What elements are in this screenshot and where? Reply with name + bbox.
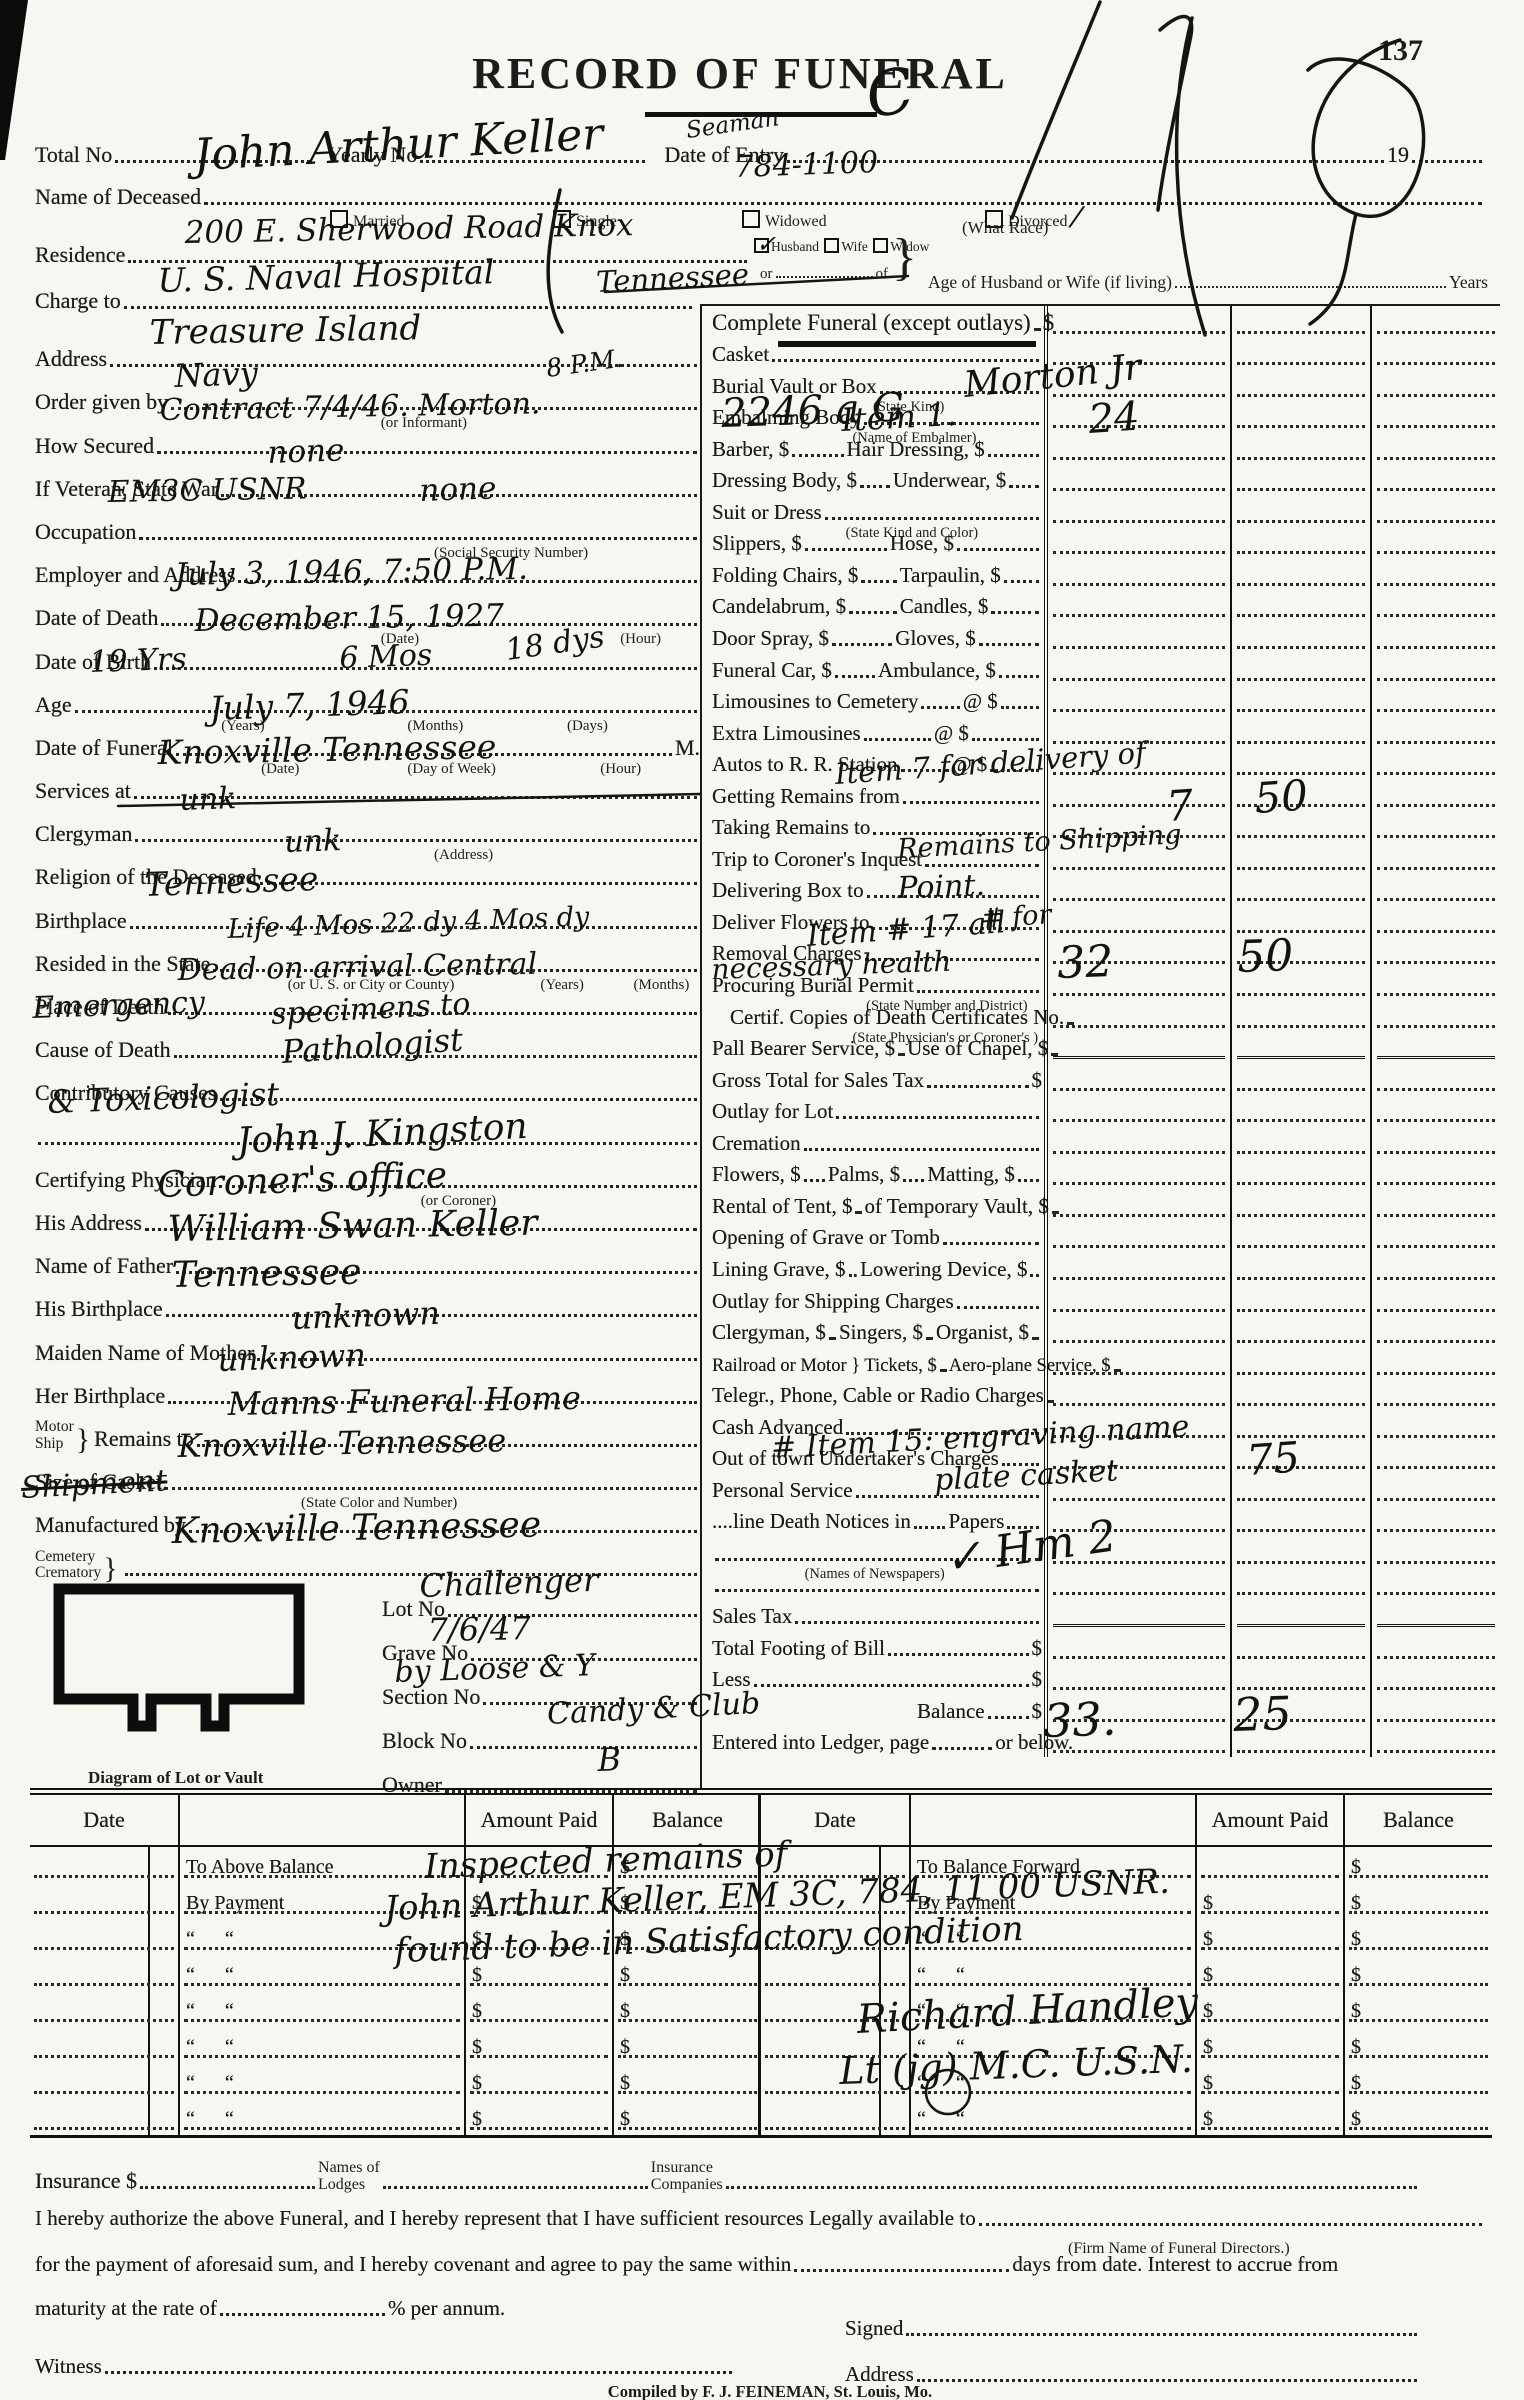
ledger-row: “ “$$ — [761, 2027, 1492, 2063]
field-veteran: If Veteran, State War — [35, 462, 700, 505]
lot-fields: Lot No Grave No Section No Block No Owne… — [382, 1578, 700, 1798]
charge-row-funeral-car: Funeral Car, $Ambulance, $ — [702, 653, 1500, 685]
charge-row-total-footing: Total Footing of Bill$ — [702, 1631, 1500, 1663]
charge-row-folding-chairs: Folding Chairs, $Tarpaulin, $ — [702, 558, 1500, 590]
ledger-row: By Payment$$ — [761, 1883, 1492, 1919]
charge-row-embalming: Embalming Body(Name of Embalmer) — [702, 401, 1500, 433]
married-checkbox — [330, 210, 348, 228]
ledger-amount-header: Amount Paid — [466, 1795, 614, 1845]
ledger-row: “ “$$ — [30, 2027, 758, 2063]
charge-row-taking-remains: Taking Remains to — [702, 811, 1500, 843]
date-of-entry-label: Date of Entry — [664, 142, 784, 168]
charge-row-pall-bearer: Pall Bearer Service, $Use of Chapel, $ — [702, 1032, 1500, 1064]
charge-row-rental-tent: Rental of Tent, $of Temporary Vault, $ — [702, 1189, 1500, 1221]
field-contributory-causes: Contributory Causes — [35, 1066, 700, 1109]
field-size-of-casket: Size of Casket(State Color and Number) — [35, 1455, 700, 1498]
field-age: Age(Years)(Months)(Days) — [35, 678, 700, 721]
charge-row-death-notices: ....line Death Notices inPapers — [702, 1505, 1500, 1537]
spouse-age-row: Age of Husband or Wife (if living) Years — [928, 272, 1488, 293]
charge-row-door-spray: Door Spray, $Gloves, $ — [702, 621, 1500, 653]
field-resided: Resided in the State(or U. S. or City or… — [35, 937, 700, 980]
wife-checkbox — [824, 238, 839, 253]
signed-row: Signed — [845, 2316, 1420, 2341]
field-date-of-birth: Date of Birth — [35, 634, 700, 677]
ledger-desc-header — [180, 1795, 466, 1845]
witness-row: Witness — [35, 2354, 735, 2379]
charge-row-burial-vault: Burial Vault or Box(State Kind) — [702, 369, 1500, 401]
field-mother-name: Maiden Name of Mother — [35, 1325, 700, 1368]
ledger-row: “ “$$ — [761, 2099, 1492, 2135]
authorization-line-3: maturity at the rate of% per annum. — [35, 2296, 625, 2321]
marital-married: Married — [330, 210, 405, 231]
field-block-no: Block No — [382, 1710, 700, 1754]
relation-checkbox-row: Husband Wife Widow — [754, 238, 894, 255]
ledger-right-half: Date Amount Paid Balance To Balance Forw… — [761, 1795, 1492, 2135]
or-label: or — [760, 266, 773, 283]
authorization-line-1: I hereby authorize the above Funeral, an… — [35, 2206, 1485, 2231]
page-title: RECORD OF FUNERAL — [430, 48, 1050, 99]
field-certifying-physician: Certifying Physician(or Coroner) — [35, 1153, 700, 1196]
charge-row-personal-service: Personal Service — [702, 1473, 1500, 1505]
what-race-label: (What Race) — [962, 218, 1048, 238]
charge-row-extra-limousines: Extra Limousines@ $ — [702, 716, 1500, 748]
ledger-row: “ “$$ — [761, 2063, 1492, 2099]
marital-single: Single — [553, 210, 617, 231]
signed-label: Signed — [845, 2316, 903, 2341]
field-employer: Employer and Address — [35, 548, 700, 591]
charge-row-gross-total: Gross Total for Sales Tax$ — [702, 1063, 1500, 1095]
charge-row-cash-advanced: Cash Advanced — [702, 1410, 1500, 1442]
ledger-row: To Above Balance$ — [30, 1847, 758, 1883]
charge-row-deliver-flowers: Deliver Flowers to — [702, 905, 1500, 937]
ledger-left-half: Date Amount Paid Balance To Above Balanc… — [30, 1795, 761, 2135]
ledger-row: “ “$$ — [761, 1991, 1492, 2027]
charge-row-balance: Balance$ — [702, 1694, 1500, 1726]
authorization-line-2: for the payment of aforesaid sum, and I … — [35, 2252, 1485, 2277]
title-underline — [645, 112, 877, 117]
complete-funeral-underline — [778, 341, 1036, 347]
charge-row-death-certificates: Certif. Copies of Death Certificates No.… — [702, 1000, 1500, 1032]
relation-or-of-row: orof — [760, 266, 888, 283]
relation-brace: } — [892, 228, 917, 287]
ledger-row: “ “$$ — [30, 1955, 758, 1991]
lot-diagram-caption: Diagram of Lot or Vault — [88, 1768, 263, 1788]
field-physician-address: His Address — [35, 1196, 700, 1239]
field-lot-no: Lot No — [382, 1578, 700, 1622]
charge-row-entered-ledger: Entered into Ledger, pageor below. — [702, 1726, 1500, 1758]
lodges-label: Names ofLodges — [318, 2160, 380, 2194]
field-contributory-continuation — [35, 1109, 700, 1152]
field-occupation: Occupation(Social Security Number) — [35, 505, 700, 548]
field-religion: Religion of the Deceased — [35, 850, 700, 893]
field-grave-no: Grave No — [382, 1622, 700, 1666]
field-remains-to: MotorShip}Remains to — [35, 1412, 700, 1455]
field-father-birthplace: His Birthplace — [35, 1282, 700, 1325]
charge-row-burial-permit: Procuring Burial Permit(State Number and… — [702, 968, 1500, 1000]
field-how-secured: How Secured — [35, 418, 700, 461]
charge-row-lining-grave: Lining Grave, $Lowering Device, $ — [702, 1252, 1500, 1284]
ledger-row: “ “$$ — [761, 1919, 1492, 1955]
marital-status-row: Married Single Widowed Divorced (What Ra… — [0, 210, 1524, 236]
witness-label: Witness — [35, 2354, 102, 2379]
page-number: 137 — [1378, 34, 1423, 68]
charge-row-getting-remains: Getting Remains from — [702, 779, 1500, 811]
field-order-given-by: Order given by(or Informant) — [35, 375, 700, 418]
charge-row-coroners-inquest: Trip to Coroner's Inquest — [702, 842, 1500, 874]
single-checkbox — [553, 210, 571, 228]
scan-edge-artifact — [0, 0, 28, 160]
charge-row-complete-funeral: Complete Funeral (except outlays)$ — [702, 306, 1500, 338]
charge-row-candelabrum: Candelabrum, $Candles, $ — [702, 590, 1500, 622]
insurance-row: Insurance $ Names ofLodges InsuranceComp… — [35, 2160, 1420, 2194]
husband-checkbox — [754, 238, 769, 253]
charge-row-railroad-tickets: Railroad or Motor } Tickets, $Aero-plane… — [702, 1347, 1500, 1379]
charge-row-opening-grave: Opening of Grave or Tomb — [702, 1221, 1500, 1253]
charge-row-dressing-body: Dressing Body, $Underwear, $ — [702, 464, 1500, 496]
charge-row-sales-tax: Sales Tax — [702, 1599, 1500, 1631]
ledger-row: “ “$$ — [761, 1955, 1492, 1991]
field-cause-of-death: Cause of Death — [35, 1023, 700, 1066]
field-mother-birthplace: Her Birthplace — [35, 1369, 700, 1412]
of-label: of — [876, 266, 889, 283]
charge-row-newspapers: (Names of Newspapers) — [702, 1536, 1500, 1568]
field-father-name: Name of Father — [35, 1239, 700, 1282]
total-no-label: Total No — [35, 142, 112, 168]
charge-row-out-of-town: Out of town Undertaker's Charges — [702, 1442, 1500, 1474]
field-address: Address — [35, 332, 700, 375]
ledger-desc-header — [911, 1795, 1197, 1845]
payment-ledger-table: Date Amount Paid Balance To Above Balanc… — [30, 1788, 1492, 2138]
field-date-of-death: Date of Death(Date)(Hour) — [35, 591, 700, 634]
ledger-balance-header: Balance — [1345, 1795, 1492, 1845]
charge-to-row: Charge to — [35, 288, 695, 314]
lot-diagram — [50, 1580, 308, 1732]
name-of-deceased-label: Name of Deceased — [35, 184, 201, 210]
charge-row-delivering-box: Delivering Box to — [702, 874, 1500, 906]
widowed-checkbox — [742, 210, 760, 228]
charge-row-flowers: Flowers, $Palms, $Matting, $ — [702, 1158, 1500, 1190]
charge-row-telegraph: Telegr., Phone, Cable or Radio Charges — [702, 1379, 1500, 1411]
charge-row-removal-charges: Removal Charges — [702, 937, 1500, 969]
charges-column: Complete Funeral (except outlays)$ Caske… — [700, 304, 1500, 1788]
yearly-no-label: Yearly No — [327, 142, 417, 168]
year-prefix: 19 — [1387, 142, 1409, 168]
marital-widowed: Widowed — [742, 210, 827, 231]
ledger-balance-header: Balance — [614, 1795, 761, 1845]
ledger-row: “ “$$ — [30, 1919, 758, 1955]
charge-to-label: Charge to — [35, 288, 121, 314]
charge-row-limousines: Limousines to Cemetery@ $ — [702, 685, 1500, 717]
residence-label: Residence — [35, 242, 125, 268]
relation-wife: Wife — [822, 239, 867, 254]
insurance-label: Insurance $ — [35, 2168, 137, 2194]
name-row: Name of Deceased — [35, 184, 1485, 210]
field-clergyman: Clergyman(Address) — [35, 807, 700, 850]
ledger-row: By Payment$$ — [30, 1883, 758, 1919]
field-birthplace: Birthplace — [35, 893, 700, 936]
relation-husband: Husband — [754, 239, 819, 254]
charge-row-suit: Suit or Dress(State Kind and Color) — [702, 495, 1500, 527]
ledger-date-header: Date — [30, 1795, 180, 1845]
widow-checkbox — [873, 238, 888, 253]
ledger-row: To Balance Forward$ — [761, 1847, 1492, 1883]
left-field-column: Address Order given by(or Informant) How… — [35, 332, 700, 1584]
charge-row-less: Less$ — [702, 1663, 1500, 1695]
charge-row-autos-rr: Autos to R. R. Station@ $ — [702, 748, 1500, 780]
charge-row-clergyman: Clergyman, $Singers, $Organist, $ — [702, 1316, 1500, 1348]
charge-row-barber: Barber, $Hair Dressing, $ — [702, 432, 1500, 464]
insurance-companies-label: InsuranceCompanies — [651, 2160, 723, 2194]
compiled-by: Compiled by F. J. FEINEMAN, St. Louis, M… — [530, 2382, 1010, 2400]
entry-number-row: Total No Yearly No Date of Entry 19 — [35, 142, 1485, 168]
ledger-row: “ “$$ — [30, 2063, 758, 2099]
charge-row-outlay-lot: Outlay for Lot — [702, 1095, 1500, 1127]
field-section-no: Section No — [382, 1666, 700, 1710]
years-label: Years — [1449, 272, 1488, 293]
ledger-row: “ “$$ — [30, 1991, 758, 2027]
residence-row: Residence — [35, 242, 750, 268]
ledger-amount-header: Amount Paid — [1197, 1795, 1345, 1845]
charge-row-cremation: Cremation — [702, 1126, 1500, 1158]
ledger-date-header: Date — [761, 1795, 911, 1845]
ledger-row: “ “$$ — [30, 2099, 758, 2135]
spouse-age-label: Age of Husband or Wife (if living) — [928, 272, 1172, 293]
record-of-funeral-form: RECORD OF FUNERAL 137 Total No Yearly No… — [0, 0, 1524, 2400]
charge-row-shipping-charges: Outlay for Shipping Charges — [702, 1284, 1500, 1316]
charge-row-slippers: Slippers, $Hose, $ — [702, 527, 1500, 559]
